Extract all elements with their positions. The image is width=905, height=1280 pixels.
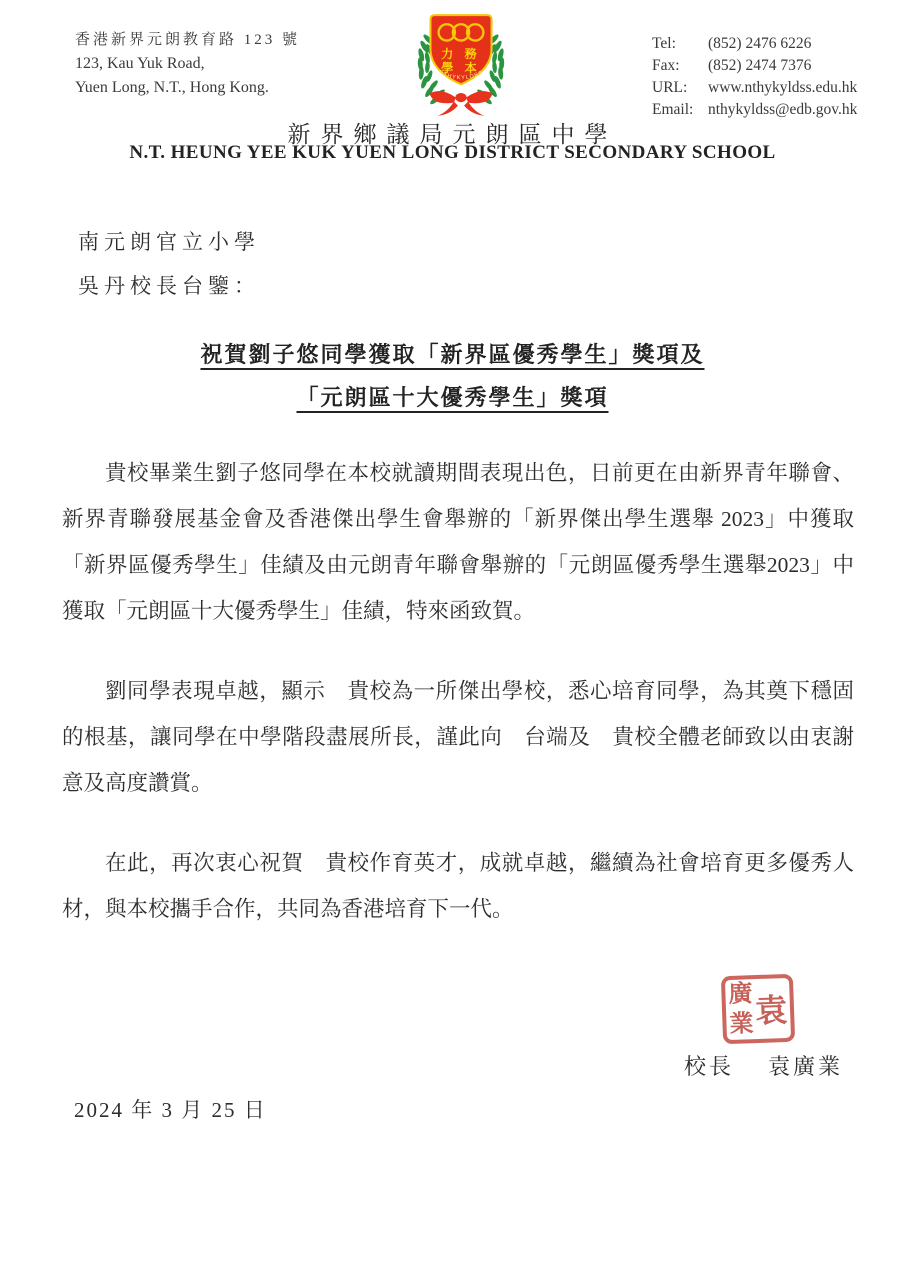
- signature-name: 袁廣業: [768, 1050, 843, 1081]
- address-line-en1: 123, Kau Yuk Road,: [75, 52, 300, 76]
- paragraph-3: 在此，再次衷心祝賀 貴校作育英才，成就卓越，繼續為社會培育更多優秀人材，與本校攜…: [62, 840, 854, 932]
- crest-svg: 力 務 學 本 NTHYKYLDSS: [402, 10, 520, 124]
- seal-right-column: 袁: [754, 980, 788, 1037]
- letter-date: 2024 年 3 月 25 日: [74, 1094, 267, 1124]
- paragraph-2: 劉同學表現卓越，顯示 貴校為一所傑出學校，悉心培育同學，為其奠下穩固的根基，讓同…: [62, 668, 854, 806]
- contact-fax: Fax: (852) 2474 7376: [652, 55, 857, 77]
- signature-line: 校長 袁廣業: [684, 1050, 843, 1081]
- school-crest-logo: 力 務 學 本 NTHYKYLDSS: [402, 10, 520, 124]
- contact-url: URL: www.nthykyldss.edu.hk: [652, 77, 857, 99]
- seal-left-column: 廣 業: [728, 981, 754, 1038]
- principal-seal-stamp: 廣 業 袁: [721, 974, 795, 1044]
- sender-address: 香港新界元朗教育路 123 號 123, Kau Yuk Road, Yuen …: [75, 28, 300, 100]
- subject-line-2: 「元朗區十大優秀學生」獎項: [0, 381, 905, 412]
- letter-body: 貴校畢業生劉子悠同學在本校就讀期間表現出色，日前更在由新界青年聯會、新界青聯發展…: [62, 450, 854, 966]
- signature-title: 校長: [684, 1050, 734, 1081]
- contact-tel: Tel: (852) 2476 6226: [652, 33, 857, 55]
- signature-gap: [734, 1050, 768, 1081]
- contact-info: Tel: (852) 2476 6226 Fax: (852) 2474 737…: [652, 33, 857, 121]
- address-line-en2: Yuen Long, N.T., Hong Kong.: [75, 76, 300, 100]
- subject-line-1: 祝賀劉子悠同學獲取「新界區優秀學生」獎項及: [0, 338, 905, 369]
- paragraph-1: 貴校畢業生劉子悠同學在本校就讀期間表現出色，日前更在由新界青年聯會、新界青聯發展…: [62, 450, 854, 634]
- crest-motto-row1: 力 務: [441, 46, 481, 61]
- school-name-en: N.T. HEUNG YEE KUK YUEN LONG DISTRICT SE…: [0, 142, 905, 164]
- salutation: 吳丹校長台鑒：: [78, 270, 260, 300]
- letter-page: 香港新界元朗教育路 123 號 123, Kau Yuk Road, Yuen …: [0, 0, 905, 1280]
- address-line-zh: 香港新界元朗教育路 123 號: [75, 28, 300, 52]
- ribbon-bow: [429, 91, 492, 116]
- recipient-school: 南元朗官立小學: [78, 226, 260, 256]
